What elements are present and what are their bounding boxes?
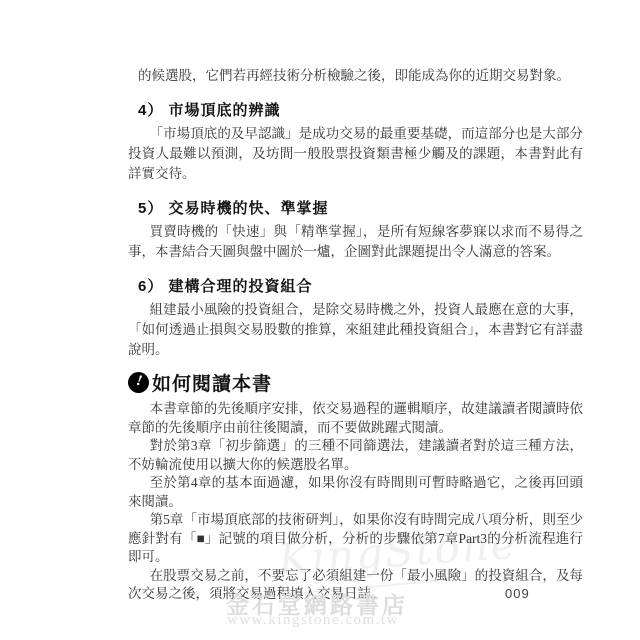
section-4-heading: 4） 市場頂底的辨識: [138, 101, 583, 121]
guide-heading: 如何閱讀本書: [152, 369, 272, 396]
page-content: 的候選股，它們若再經技術分析檢驗之後，即能成為你的近期交易對象。 4） 市場頂底…: [128, 66, 583, 604]
section-4-body: 「市場頂底的及早認識」是成功交易的最重要基礎，而這部分也是大部分投資人最難以預測…: [128, 124, 583, 184]
section-6-heading: 6） 建構合理的投資組合: [138, 277, 583, 297]
page-number: 009: [505, 586, 530, 601]
guide-heading-row: ! 如何閱讀本書: [128, 369, 583, 396]
section-6-body: 組建最小風險的投資組合，是除交易時機之外，投資人最應在意的大事，「如何透過止損與…: [128, 300, 583, 360]
guide-paragraph: 至於第4章的基本面過濾，如果你沒有時間則可暫時略過它，之後再回頭來閱讀。: [128, 474, 583, 511]
guide-paragraph: 對於第3章「初步篩選」的三種不同篩選法，建議讀者對於這三種方法，不妨輪流使用以擴…: [128, 437, 583, 474]
guide-paragraph: 第5章「市場頂底部的技術研判」，如果你沒有時間完成八項分析，則至少應針對有「■」…: [128, 511, 583, 567]
section-5-body: 買賣時機的「快速」與「精準掌握」，是所有短線客夢寐以求而不易得之事，本書結合天圖…: [128, 222, 583, 262]
exclamation-icon: !: [128, 372, 149, 393]
kingstone-url-watermark: www.kingstone.com.tw: [227, 612, 399, 629]
book-page: 的候選股，它們若再經技術分析檢驗之後，即能成為你的近期交易對象。 4） 市場頂底…: [0, 0, 640, 640]
section-5-heading: 5） 交易時機的快、準掌握: [138, 199, 583, 219]
paragraph-continuation: 的候選股，它們若再經技術分析檢驗之後，即能成為你的近期交易對象。: [138, 66, 583, 86]
guide-paragraph: 本書章節的先後順序安排，依交易過程的邏輯順序，故建議讀者閱讀時依章節的先後順序由…: [128, 400, 583, 437]
